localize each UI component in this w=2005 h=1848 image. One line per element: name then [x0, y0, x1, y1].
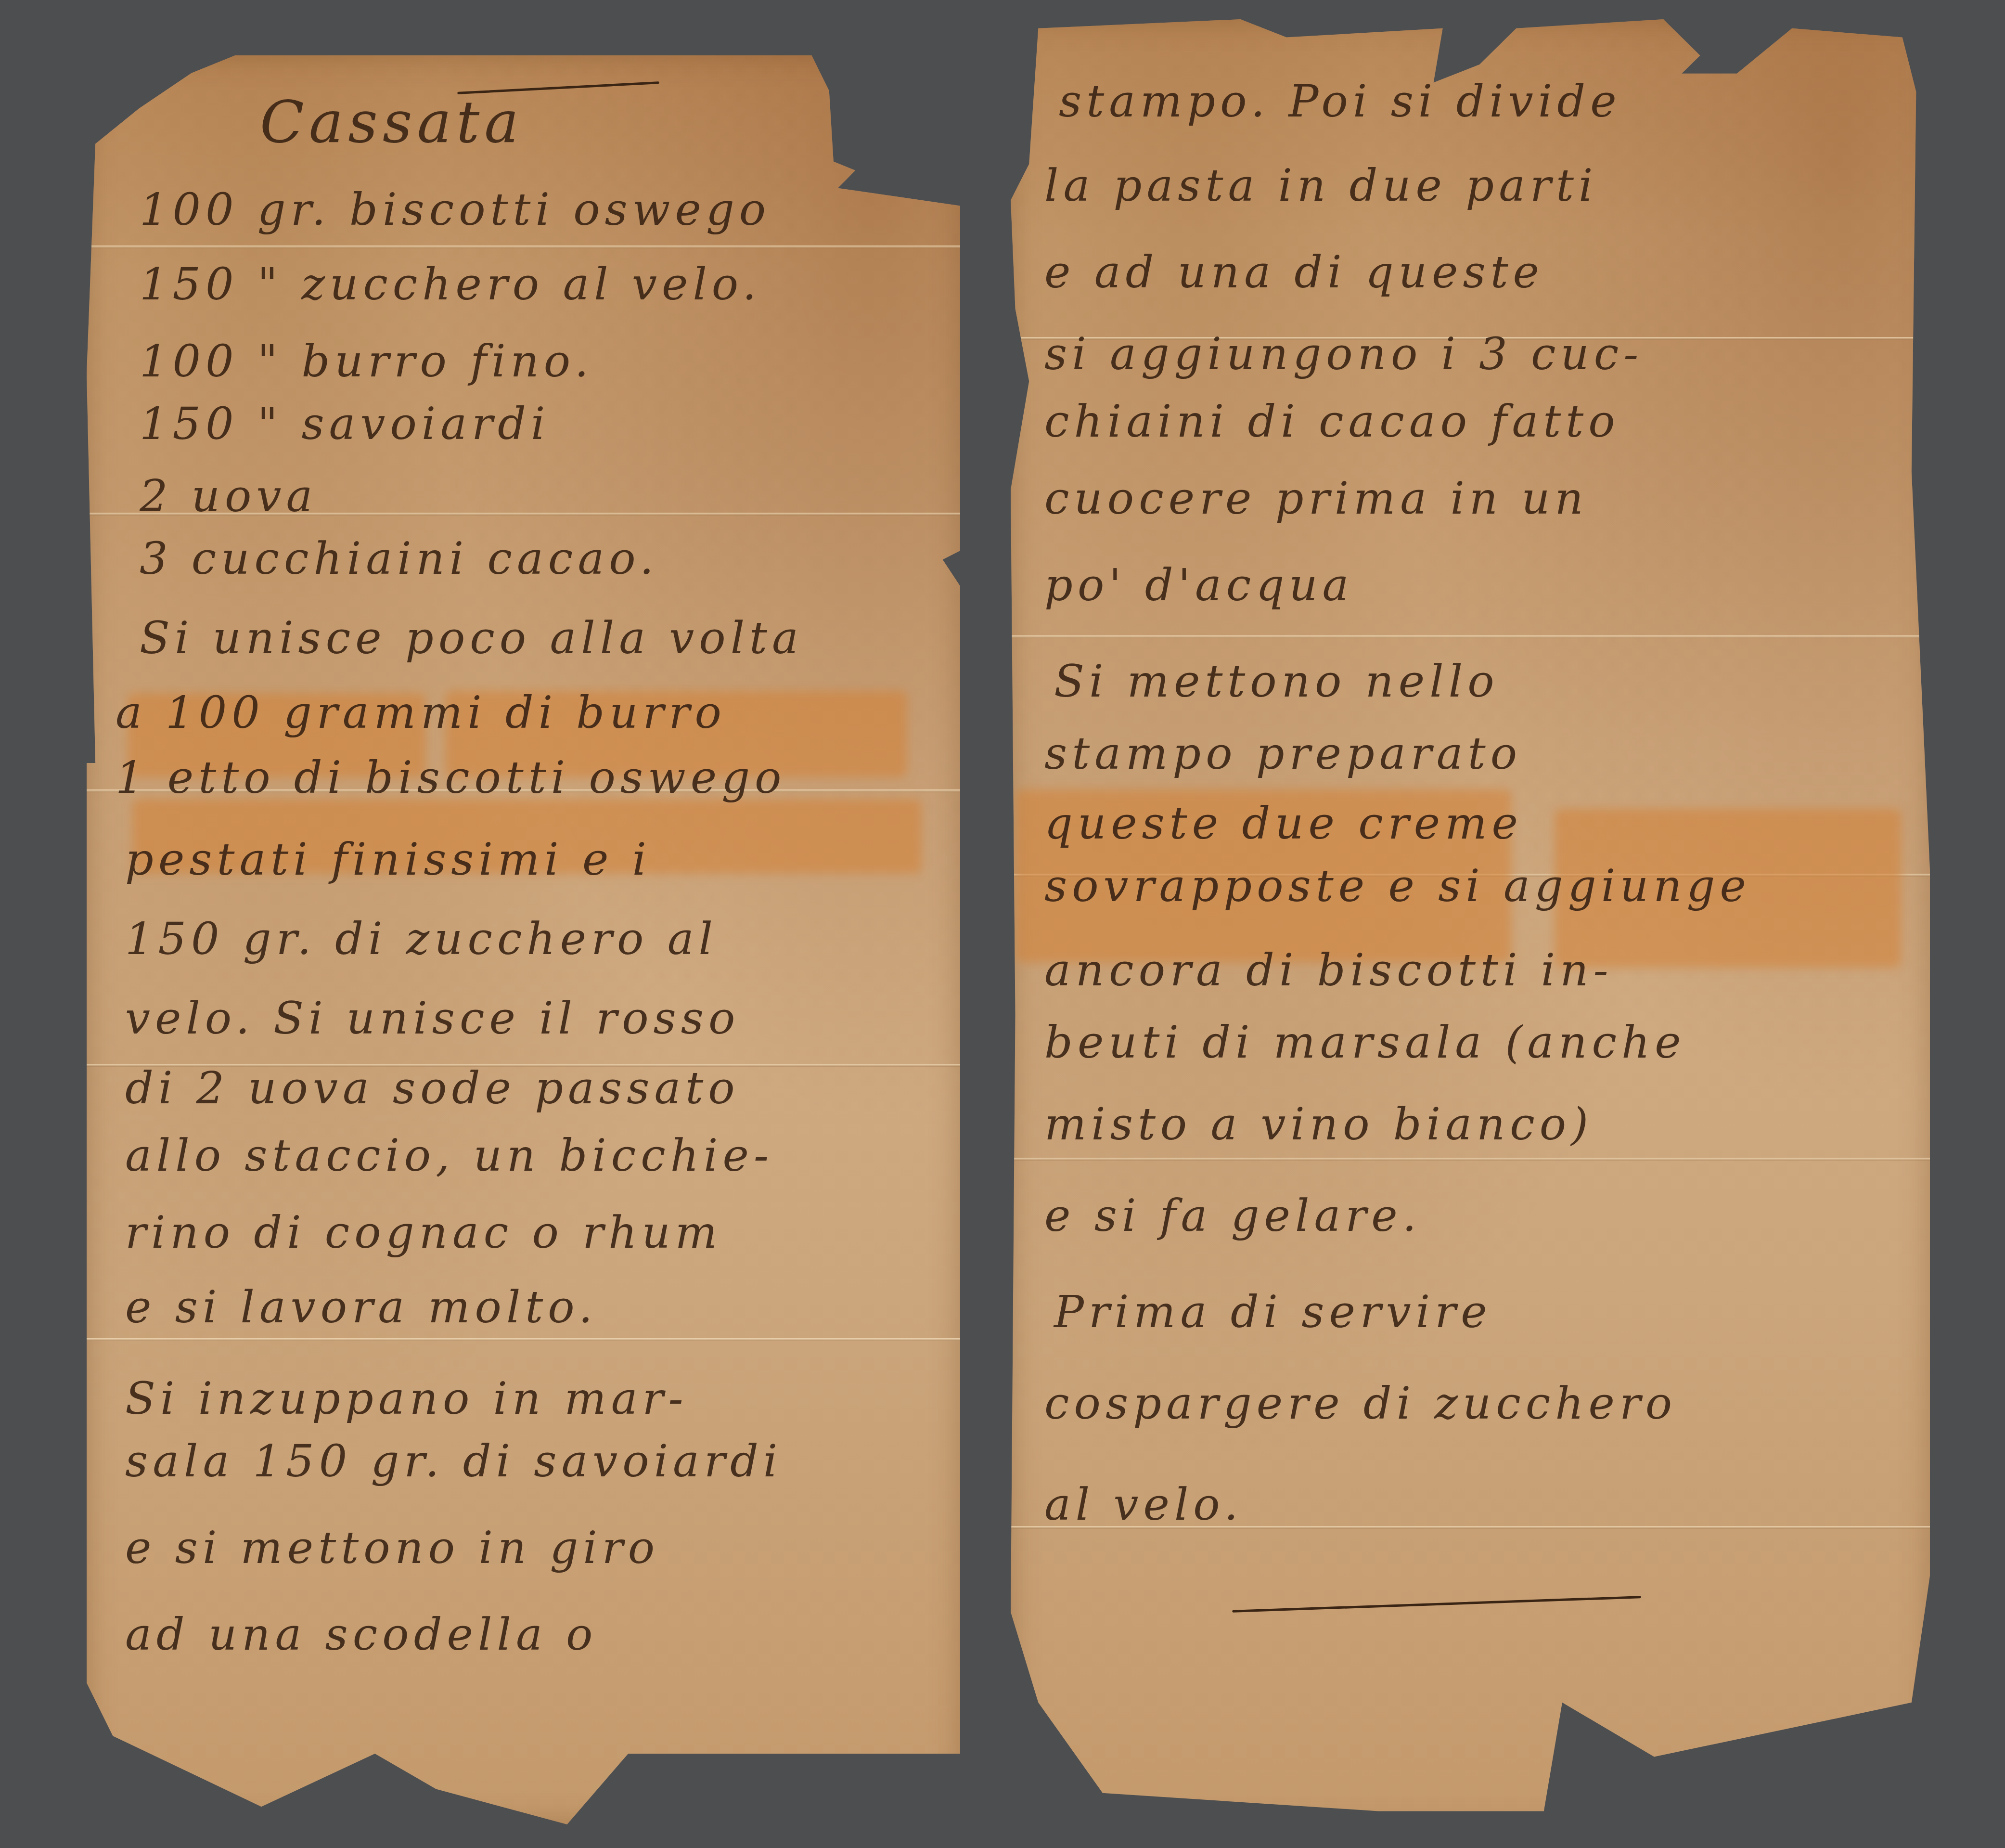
recipe-page-left: Cassata 100 gr. biscotti oswego 150 " zu… [87, 55, 960, 1824]
recipe-line: ancora di biscotti in- [1044, 948, 1930, 993]
recipe-line: 2 uova [140, 474, 960, 518]
recipe-line: misto a vino bianco) [1044, 1102, 1930, 1147]
recipe-line: di 2 uova sode passato [125, 1066, 960, 1111]
fold-crease [1011, 1158, 1930, 1161]
recipe-line: e ad una di queste [1044, 250, 1930, 295]
recipe-line: queste due creme [1044, 801, 1930, 846]
fold-crease [1011, 635, 1930, 638]
recipe-line: Si unisce poco alla volta [140, 616, 960, 660]
recipe-line: cospargere di zucchero [1044, 1382, 1930, 1426]
fold-crease [87, 246, 960, 248]
recipe-line: beuti di marsala (anche [1044, 1021, 1930, 1065]
recipe-line: rino di cognac o rhum [125, 1211, 960, 1255]
recipe-line: 150 " savoiardi [140, 402, 960, 446]
recipe-line: allo staccio, un bicchie- [125, 1134, 960, 1178]
recipe-line: 3 cucchiaini cacao. [140, 537, 960, 581]
recipe-line: sovrapposte e si aggiunge [1044, 864, 1930, 908]
title-stroke [457, 81, 659, 94]
recipe-page-right: stampo. Poi si divide la pasta in due pa… [1011, 19, 1930, 1829]
recipe-line: ad una scodella o [125, 1613, 960, 1657]
recipe-line: si aggiungono i 3 cuc- [1044, 332, 1930, 376]
recipe-line: e si lavora molto. [125, 1285, 960, 1330]
recipe-line: e si fa gelare. [1044, 1194, 1930, 1238]
recipe-line: stampo preparato [1044, 732, 1930, 776]
closing-stroke [1232, 1596, 1641, 1613]
recipe-line: e si mettono in giro [125, 1526, 960, 1570]
recipe-line: 1 etto di biscotti oswego [116, 756, 960, 800]
recipe-line: chiaini di cacao fatto [1044, 400, 1930, 444]
recipe-line: Si inzuppano in mar- [125, 1377, 960, 1421]
fold-crease [87, 1338, 960, 1341]
recipe-line: stampo. Poi si divide [1059, 79, 1930, 124]
recipe-line: 150 gr. di zucchero al [125, 917, 960, 961]
recipe-line: velo. Si unisce il rosso [125, 996, 960, 1041]
recipe-title: Cassata [260, 94, 960, 152]
recipe-line: a 100 grammi di burro [116, 691, 960, 735]
recipe-line: pestati finissimi e i [125, 838, 960, 882]
recipe-line: al velo. [1044, 1483, 1930, 1527]
recipe-line: Prima di servire [1054, 1290, 1930, 1334]
recipe-line: sala 150 gr. di savoiardi [125, 1439, 960, 1484]
recipe-line: Si mettono nello [1054, 659, 1930, 704]
recipe-line: 100 " burro fino. [140, 339, 960, 384]
recipe-line: po' d'acqua [1044, 563, 1930, 607]
recipe-line: la pasta in due parti [1044, 164, 1930, 208]
recipe-line: 100 gr. biscotti oswego [140, 188, 960, 232]
recipe-line: cuocere prima in un [1044, 477, 1930, 521]
recipe-line: 150 " zucchero al velo. [140, 262, 960, 307]
